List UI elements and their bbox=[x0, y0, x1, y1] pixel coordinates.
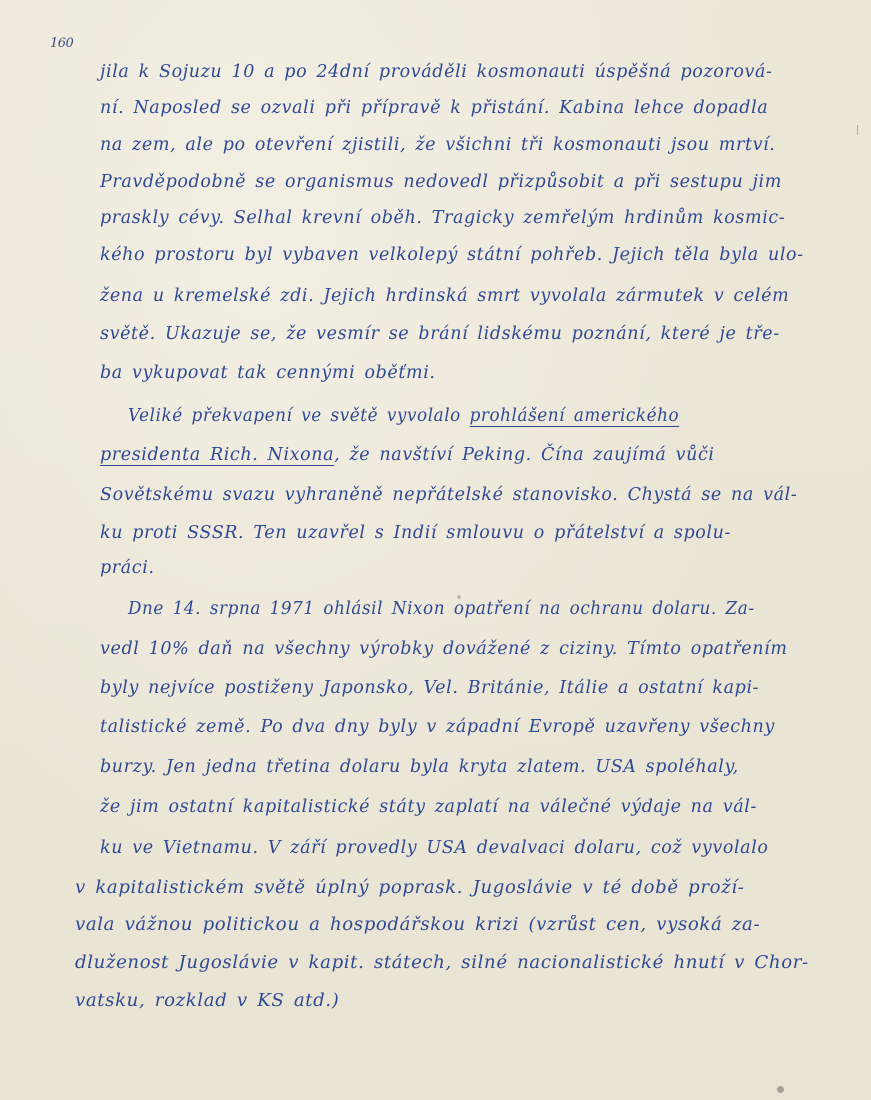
text-segment: , že navštíví Peking. Čína zaujímá vůči bbox=[334, 445, 714, 465]
text-line: ní. Naposled se ozvali při přípravě k př… bbox=[100, 93, 820, 123]
text-line-paragraph-start: Dne 14. srpna 1971 ohlásil Nixon opatřen… bbox=[128, 594, 818, 624]
text-line: Pravděpodobně se organismus nedovedl při… bbox=[100, 167, 820, 197]
text-line: kého prostoru byl vybaven velkolepý stát… bbox=[100, 240, 820, 270]
text-line: žena u kremelské zdi. Jejich hrdinská sm… bbox=[100, 281, 820, 311]
text-line: talistické země. Po dva dny byly v západ… bbox=[100, 712, 820, 742]
text-line: na zem, ale po otevření zjistili, že vši… bbox=[100, 130, 820, 160]
text-line: ku proti SSSR. Ten uzavřel s Indií smlou… bbox=[100, 518, 820, 548]
paper-mark bbox=[857, 125, 858, 135]
text-line: Sovětskému svazu vyhraněně nepřátelské s… bbox=[100, 480, 820, 510]
paper-spot bbox=[777, 1086, 784, 1093]
text-line: burzy. Jen jedna třetina dolaru byla kry… bbox=[100, 752, 820, 782]
text-line: ku ve Vietnamu. V září provedly USA deva… bbox=[100, 833, 820, 863]
text-line: praskly cévy. Selhal krevní oběh. Tragic… bbox=[100, 203, 820, 233]
document-page: 160 jila k Sojuzu 10 a po 24dní prováděl… bbox=[0, 0, 871, 1100]
text-line: že jim ostatní kapitalistické státy zapl… bbox=[100, 792, 820, 822]
text-line: vatsku, rozklad v KS atd.) bbox=[75, 986, 820, 1016]
text-line: vala vážnou politickou a hospodářskou kr… bbox=[75, 910, 820, 940]
text-line: světě. Ukazuje se, že vesmír se brání li… bbox=[100, 319, 820, 349]
text-segment: Veliké překvapení ve světě vyvolalo bbox=[128, 406, 470, 426]
paper-spot bbox=[457, 595, 461, 599]
text-line: byly nejvíce postiženy Japonsko, Vel. Br… bbox=[100, 673, 820, 703]
underlined-phrase: prohlášení amerického bbox=[470, 406, 680, 426]
page-number: 160 bbox=[50, 36, 73, 51]
underlined-phrase: presidenta Rich. Nixona bbox=[100, 445, 334, 465]
text-line: presidenta Rich. Nixona, že navštíví Pek… bbox=[100, 440, 820, 470]
text-line-paragraph-start: Veliké překvapení ve světě vyvolalo proh… bbox=[128, 401, 818, 431]
text-line: dluženost Jugoslávie v kapit. státech, s… bbox=[75, 948, 820, 978]
text-line: jila k Sojuzu 10 a po 24dní prováděli ko… bbox=[100, 57, 820, 87]
paper-spot bbox=[475, 649, 479, 653]
text-line: vedl 10% daň na všechny výrobky dovážené… bbox=[100, 634, 820, 664]
text-line: ba vykupovat tak cennými oběťmi. bbox=[100, 358, 820, 388]
text-line: práci. bbox=[100, 553, 820, 583]
text-line: v kapitalistickém světě úplný poprask. J… bbox=[75, 873, 820, 903]
